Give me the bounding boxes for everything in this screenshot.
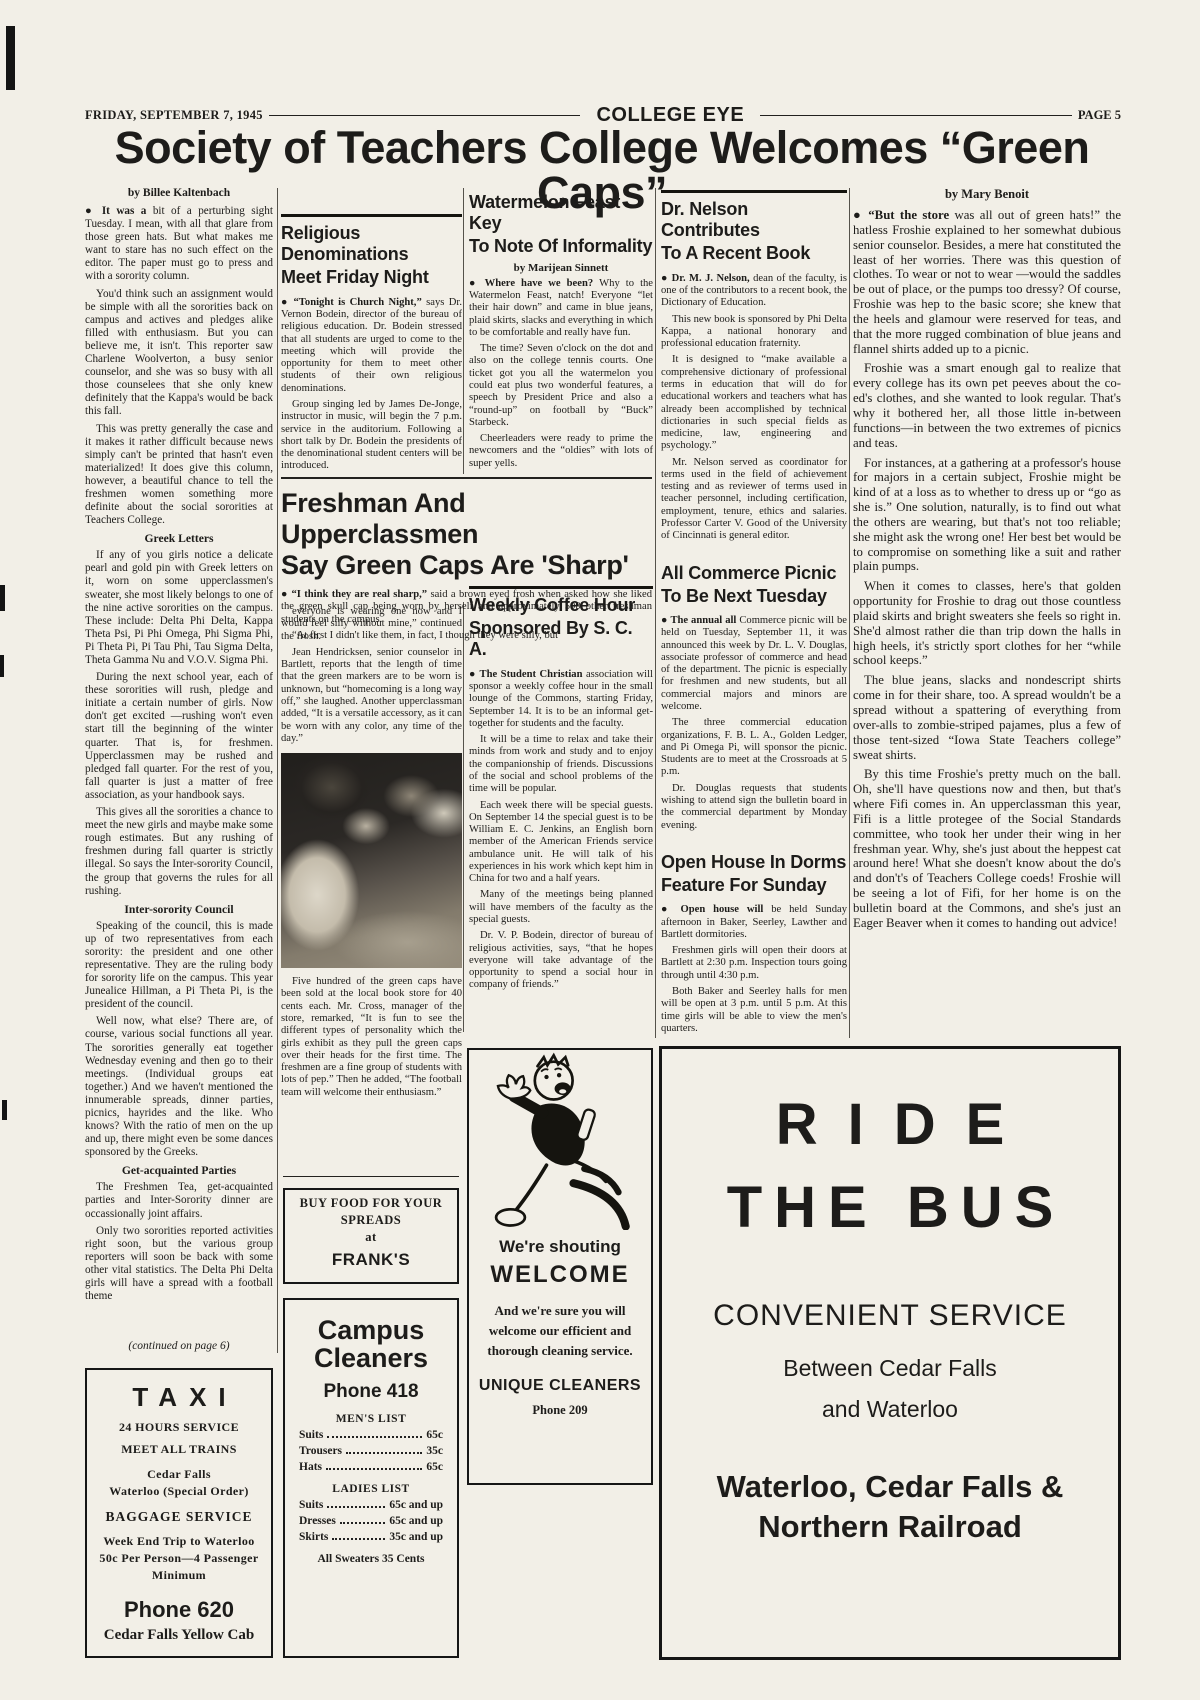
paragraph: Both Baker and Seerley halls for men wil… xyxy=(661,986,847,1035)
section-rule xyxy=(283,1176,459,1177)
ad-headline: RIDE xyxy=(662,1091,1118,1158)
campus-cleaners-ad: Campus Cleaners Phone 418 MEN'S LIST Sui… xyxy=(283,1298,459,1658)
column-divider xyxy=(655,188,656,1038)
paragraph: Dr. Douglas requests that students wishi… xyxy=(661,783,847,832)
paragraph: ● The annual all Commerce picnic will be… xyxy=(661,615,847,713)
paragraph: ● It was a bit of a perturbing sight Tue… xyxy=(85,205,273,284)
ad-line: BUY FOOD FOR YOUR xyxy=(285,1196,457,1211)
ad-headline: THE BUS xyxy=(662,1174,1118,1241)
ad-line: WELCOME xyxy=(469,1261,651,1289)
ad-phone: Phone 418 xyxy=(285,1381,457,1403)
ad-line: Cedar Falls xyxy=(87,1467,271,1482)
price-list-header: LADIES LIST xyxy=(285,1483,457,1495)
ad-phone: Phone 209 xyxy=(469,1403,651,1418)
paragraph: This gives all the sororities a chance t… xyxy=(85,806,273,898)
price-row: Dresses 65c and up xyxy=(285,1515,457,1527)
masthead-rule xyxy=(269,115,581,116)
byline: by Billee Kaltenbach xyxy=(85,187,273,199)
paragraph: ● “But the store was all out of green ha… xyxy=(853,208,1121,356)
ad-advertiser: UNIQUE CLEANERS xyxy=(469,1377,651,1395)
ad-title: TAXI xyxy=(87,1382,271,1413)
paragraph: This new book is sponsored by Phi Delta … xyxy=(661,314,847,351)
ad-line: All Sweaters 35 Cents xyxy=(285,1553,457,1565)
paragraph: Speaking of the council, this is made up… xyxy=(85,920,273,1012)
article-sorority-column: by Billee Kaltenbach ● It was a bit of a… xyxy=(85,187,273,1337)
paragraph: Each week there will be special guests. … xyxy=(469,800,653,886)
paragraph: If any of you girls notice a delicate pe… xyxy=(85,549,273,667)
ad-advertiser: Northern Railroad xyxy=(662,1509,1118,1545)
item-price: 35c xyxy=(426,1445,443,1457)
unique-cleaners-ad: We're shouting WELCOME And we're sure yo… xyxy=(467,1048,653,1485)
ad-advertiser: FRANK'S xyxy=(285,1250,457,1270)
article-headline: Watermelon Feast Key xyxy=(469,192,653,234)
paragraph: For instances, at a gathering at a profe… xyxy=(853,456,1121,575)
article-headline: Feature For Sunday xyxy=(661,875,847,896)
article-headline: Sponsored By S. C. A. xyxy=(469,618,653,660)
item-label: Hats xyxy=(299,1461,322,1473)
article-headline: Meet Friday Night xyxy=(281,267,462,288)
dot-leader xyxy=(340,1522,385,1524)
paragraph: ● Dr. M. J. Nelson, dean of the faculty,… xyxy=(661,273,847,310)
article-headline: Dr. Nelson Contributes xyxy=(661,199,847,241)
ad-advertiser: Cedar Falls Yellow Cab xyxy=(87,1627,271,1644)
article-headline: Say Green Caps Are 'Sharp' xyxy=(281,550,652,581)
scan-smudge xyxy=(0,655,4,677)
ad-line: Minimum xyxy=(87,1568,271,1583)
ad-line: Week End Trip to Waterloo xyxy=(87,1534,271,1549)
article-headline: Freshman And Upperclassmen xyxy=(281,488,652,550)
paragraph: Jean Hendricksen, senior counselor in Ba… xyxy=(281,647,462,745)
scan-smudge xyxy=(6,26,15,90)
photo-green-cap-sale xyxy=(281,753,462,968)
item-label: Skirts xyxy=(299,1531,328,1543)
dot-leader xyxy=(326,1468,422,1470)
page-number: PAGE 5 xyxy=(1078,108,1121,123)
section-subhead: Inter-sorority Council xyxy=(85,903,273,916)
article-open-house: Open House In Dorms Feature For Sunday ●… xyxy=(661,852,847,1038)
column-divider xyxy=(463,188,464,474)
paragraph: The Freshmen Tea, get-acquainted parties… xyxy=(85,1181,273,1220)
article-headline: To Be Next Tuesday xyxy=(661,586,847,607)
ad-advertiser: Campus xyxy=(285,1316,457,1344)
ad-line: SPREADS xyxy=(285,1213,457,1228)
price-row: Suits 65c xyxy=(285,1429,457,1441)
article-headline: All Commerce Picnic xyxy=(661,563,847,584)
section-subhead: Greek Letters xyxy=(85,532,273,545)
article-nelson-book: Dr. Nelson Contributes To A Recent Book … xyxy=(661,190,847,543)
item-price: 65c xyxy=(426,1461,443,1473)
section-subhead: Get-acquainted Parties xyxy=(85,1164,273,1177)
price-row: Hats 65c xyxy=(285,1461,457,1473)
paragraph: Well now, what else? There are, of cours… xyxy=(85,1015,273,1159)
paragraph: ● Where have we been? Why to the Waterme… xyxy=(469,278,653,339)
scan-smudge xyxy=(2,1100,7,1120)
paragraph: During the next school year, each of the… xyxy=(85,671,273,802)
item-label: Suits xyxy=(299,1499,323,1511)
article-headline: To Note Of Informality xyxy=(469,236,653,257)
price-list-header: MEN'S LIST xyxy=(285,1413,457,1425)
item-label: Suits xyxy=(299,1429,323,1441)
article-commerce-picnic: All Commerce Picnic To Be Next Tuesday ●… xyxy=(661,563,847,832)
paragraph: It will be a time to relax and take thei… xyxy=(469,734,653,795)
ad-line: and Waterloo xyxy=(662,1396,1118,1423)
scan-smudge xyxy=(0,585,5,611)
paragraph: everyone is wearing one now and I would … xyxy=(281,606,462,643)
article-froshie-fashion: by Mary Benoit ● “But the store was all … xyxy=(853,187,1121,1037)
newspaper-page: FRIDAY, SEPTEMBER 7, 1945 COLLEGE EYE PA… xyxy=(0,0,1200,1700)
paragraph: Five hundred of the green caps have been… xyxy=(281,976,462,1099)
column-divider xyxy=(277,188,278,1353)
ad-line: CONVENIENT SERVICE xyxy=(662,1299,1118,1333)
article-headline: To A Recent Book xyxy=(661,243,847,264)
paragraph: It is designed to “make available a comp… xyxy=(661,354,847,452)
taxi-ad: TAXI 24 HOURS SERVICE MEET ALL TRAINS Ce… xyxy=(85,1368,273,1658)
paragraph: Froshie was a smart enough gal to realiz… xyxy=(853,361,1121,450)
masthead-rule xyxy=(760,115,1072,116)
price-row: Trousers 35c xyxy=(285,1445,457,1457)
paragraph: Only two sororities reported activities … xyxy=(85,1225,273,1304)
dot-leader xyxy=(327,1436,422,1438)
ad-advertiser: Cleaners xyxy=(285,1344,457,1372)
article-headline: Religious Denominations xyxy=(281,223,462,265)
ad-line: We're shouting xyxy=(469,1237,651,1257)
item-label: Trousers xyxy=(299,1445,342,1457)
ride-the-bus-ad: RIDE THE BUS CONVENIENT SERVICE Between … xyxy=(659,1046,1121,1660)
price-row: Skirts 35c and up xyxy=(285,1531,457,1543)
dot-leader xyxy=(332,1538,385,1540)
ad-line: 50c Per Person—4 Passenger xyxy=(87,1551,271,1566)
item-price: 35c and up xyxy=(389,1531,443,1543)
paragraph: Many of the meetings being planned will … xyxy=(469,889,653,926)
ad-line: Waterloo (Special Order) xyxy=(87,1484,271,1499)
running-man-illustration xyxy=(476,1050,644,1230)
item-price: 65c and up xyxy=(389,1499,443,1511)
dot-leader xyxy=(346,1452,422,1454)
article-headline: Open House In Dorms xyxy=(661,852,847,873)
ad-line: MEET ALL TRAINS xyxy=(87,1442,271,1457)
article-watermelon-feast: Watermelon Feast Key To Note Of Informal… xyxy=(469,192,653,472)
column-4: Dr. Nelson Contributes To A Recent Book … xyxy=(661,190,847,1038)
dot-leader xyxy=(327,1506,385,1508)
item-label: Dresses xyxy=(299,1515,336,1527)
paragraph: Mr. Nelson served as coordinator for ter… xyxy=(661,457,847,543)
byline: by Mary Benoit xyxy=(853,187,1121,202)
paragraph: Freshmen girls will open their doors at … xyxy=(661,945,847,982)
column-divider xyxy=(849,188,850,1038)
paragraph: This was pretty generally the case and i… xyxy=(85,423,273,528)
ad-line: And we're sure you will welcome our effi… xyxy=(479,1301,641,1361)
franks-ad: BUY FOOD FOR YOUR SPREADS at FRANK'S xyxy=(283,1188,459,1284)
article-coffee-hour: Weekly Coffee Hour Sponsored By S. C. A.… xyxy=(469,586,653,1036)
paragraph: Dr. V. P. Bodein, director of bureau of … xyxy=(469,930,653,991)
ad-line: 24 HOURS SERVICE xyxy=(87,1420,271,1435)
byline: by Marijean Sinnett xyxy=(469,262,653,274)
paragraph: You'd think such an assignment would be … xyxy=(85,288,273,419)
section-rule xyxy=(281,214,462,217)
article-green-caps-continuation: everyone is wearing one now and I would … xyxy=(281,606,462,1103)
section-rule xyxy=(469,586,653,589)
paragraph: ● The Student Christian association will… xyxy=(469,669,653,730)
section-rule xyxy=(281,477,652,479)
ad-line: Between Cedar Falls xyxy=(662,1355,1118,1382)
paragraph: ● “Tonight is Church Night,” says Dr. Ve… xyxy=(281,297,462,395)
item-price: 65c xyxy=(426,1429,443,1441)
paragraph: The three commercial education organizat… xyxy=(661,717,847,778)
ad-advertiser: Waterloo, Cedar Falls & xyxy=(662,1469,1118,1505)
paragraph: Cheerleaders were ready to prime the new… xyxy=(469,433,653,470)
item-price: 65c and up xyxy=(389,1515,443,1527)
ad-phone: Phone 620 xyxy=(87,1597,271,1623)
column-divider xyxy=(463,602,464,1032)
article-headline: Weekly Coffee Hour xyxy=(469,595,653,616)
paragraph: Group singing led by James De-Jonge, ins… xyxy=(281,399,462,473)
price-row: Suits 65c and up xyxy=(285,1499,457,1511)
issue-date: FRIDAY, SEPTEMBER 7, 1945 xyxy=(85,108,263,123)
continued-note: (continued on page 6) xyxy=(85,1340,273,1352)
paragraph: The time? Seven o'clock on the dot and a… xyxy=(469,343,653,429)
article-religious-denominations: Religious Denominations Meet Friday Nigh… xyxy=(281,214,462,476)
paragraph: The blue jeans, slacks and nondescript s… xyxy=(853,673,1121,762)
section-rule xyxy=(661,190,847,193)
ad-line: at xyxy=(285,1230,457,1245)
paragraph: ● Open house will be held Sunday afterno… xyxy=(661,904,847,941)
ad-line: BAGGAGE SERVICE xyxy=(87,1509,271,1525)
paragraph: By this time Froshie's pretty much on th… xyxy=(853,767,1121,930)
paragraph: When it comes to classes, here's that go… xyxy=(853,579,1121,668)
